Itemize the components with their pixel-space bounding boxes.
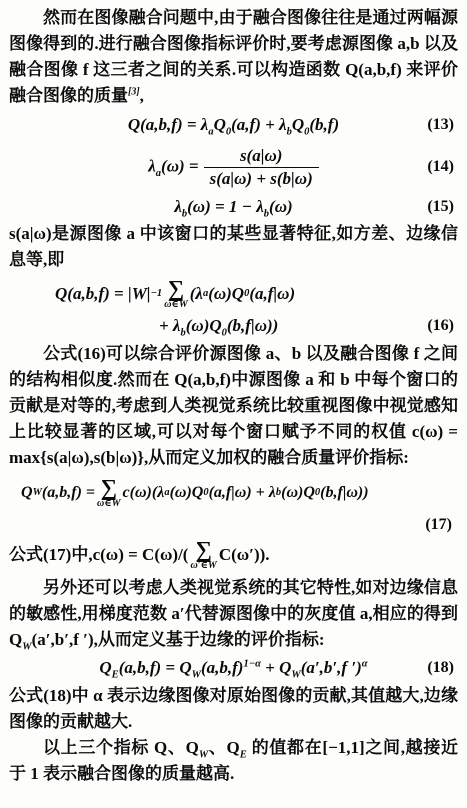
equation-16: Q(a,b,f) = |W|−1∑ω∈W(λa(ω)Q0(a,f|ω) + λb… [9,275,458,339]
math-text: λ [148,156,156,175]
equation-number: (17) [425,516,452,533]
paper-page: 然而在图像融合问题中,由于融合图像往往是通过两幅源图像得到的.进行融合图像指标评… [0,0,467,808]
math-sub: W [192,669,201,680]
paragraph-text: 、Q [208,738,240,757]
sum-limit: ω′∈W [190,561,216,571]
paragraph-text: , [140,86,144,105]
sigma-icon: ∑ [195,539,211,560]
equation-18: QE(a,b,f) = QW(a,b,f)1−α + QW(a′,b′,f ′)… [9,653,458,683]
fraction-numerator: s(a|ω) [204,146,319,167]
math-sub: W [199,749,208,760]
summation-symbol: ∑ω∈W [164,278,188,310]
math-sub: E [240,749,247,760]
equation-15: λb(ω) = 1 − λb(ω) (15) [9,193,458,221]
paragraph-alpha-contribution: 公式(18)中 α 表示边缘图像对原始图像的贡献,其值越大,边缘图像的贡献越大. [9,683,458,735]
paragraph-text: 然而在图像融合问题中,由于融合图像往往是通过两幅源图像得到的.进行融合图像指标评… [9,8,458,105]
equation-number: (15) [427,198,454,216]
sum-limit: ω∈W [97,499,121,509]
math-text: (b,f) [309,115,339,134]
paragraph-edge-sensitivity: 另外还可以考虑人类视觉系统的其它特性,如对边缘信息的敏感性,用梯度范数 a′代替… [9,575,458,653]
math-text: (ω)Q [281,484,315,502]
sum-limit: ω∈W [164,300,188,310]
sigma-icon: ∑ [101,477,117,498]
equation-body: QE(a,b,f) = QW(a,b,f)1−α + QW(a′,b′,f ′)… [99,658,367,678]
paragraph-text: 公式(17)中,c(ω) = C(ω)/( [9,542,188,568]
math-text: (ω) = 1 − λ [187,197,264,216]
paragraph-weighted-quality: 公式(16)可以综合评价源图像 a、b 以及融合图像 f 之间的结构相似度.然而… [9,341,458,471]
math-text: Q [214,115,226,134]
equation-13: Q(a,b,f) = λaQ0(a,f) + λbQ0(b,f) (13) [9,109,458,141]
math-text: (a,f|ω) + λ [209,484,276,502]
math-text: (ω) = [161,156,199,175]
math-text: (ω)Q [186,316,222,335]
equation-body: λa(ω) =s(a|ω)s(a|ω) + s(b|ω) [148,146,319,189]
math-sub: W [291,669,300,680]
equation-number-row: (17) [9,513,458,535]
paragraph-saliency: s(a|ω)是源图像 a 中该窗口的某些显著特征,如方差、边缘信息等,即 [9,221,458,273]
fraction: s(a|ω)s(a|ω) + s(b|ω) [204,146,319,189]
equation-body: + λb(ω)Q0(b,f|ω)) [159,316,278,336]
sigma-icon: ∑ [168,278,184,299]
math-text: (a,b,f) [201,658,243,677]
math-sup: α [362,658,368,669]
math-text: + λ [159,316,180,335]
equation-body: λb(ω) = 1 − λb(ω) [174,197,292,217]
math-text: (b,f|ω)) [320,484,368,502]
math-text: Q(a,b,f) = λ [128,115,209,134]
paragraph-text: 以上三个指标 Q、Q [43,738,199,757]
equation-number: (16) [427,317,454,335]
math-text: (a,f) + λ [231,115,286,134]
math-text: (a′,b′,f ′) [301,658,362,677]
math-text: λ [174,197,182,216]
paragraph-intro: 然而在图像融合问题中,由于融合图像往往是通过两幅源图像得到的.进行融合图像指标评… [9,5,458,109]
paragraph-text: C(ω′)). [219,542,270,568]
math-sup: 1−α [243,658,260,669]
math-text: (a,f|ω) [249,284,295,304]
paragraph-conclusion: 以上三个指标 Q、QW、QE 的值都在[−1,1]之间,越接近于 1 表示融合图… [9,735,458,787]
equation-number: (14) [427,158,454,176]
math-text: (b,f|ω)) [227,316,278,335]
fraction-denominator: s(a|ω) + s(b|ω) [204,167,319,189]
equation-body: QW(a,b,f) =∑ω∈Wc(ω)(λa(ω)Q0(a,f|ω) + λb(… [21,473,458,513]
math-text: (a,b,f) = [42,484,95,502]
math-text: Q [292,115,304,134]
math-text: c(ω)(λ [123,484,165,502]
math-sub: W [22,641,31,652]
math-text: (a,b,f) = Q [119,658,192,677]
math-text: Q [21,484,33,502]
paragraph-c-omega: 公式(17)中,c(ω) = C(ω)/(∑ω′∈WC(ω′)). [9,535,458,575]
math-text: Q [99,658,111,677]
equation-17: QW(a,b,f) =∑ω∈Wc(ω)(λa(ω)Q0(a,f|ω) + λb(… [9,473,458,535]
summation-symbol: ∑ω∈W [97,477,121,509]
math-text: (ω) [269,197,293,216]
math-text: (λ [190,284,203,304]
equation-line-1: Q(a,b,f) = |W|−1∑ω∈W(λa(ω)Q0(a,f|ω) [55,275,458,313]
equation-line-2: + λb(ω)Q0(b,f|ω)) (16) [9,313,458,339]
equation-body: Q(a,b,f) = λaQ0(a,f) + λbQ0(b,f) [128,115,339,135]
math-text: (ω)Q [208,284,244,304]
math-text: Q(a,b,f) = |W| [55,284,151,304]
equation-14: λa(ω) =s(a|ω)s(a|ω) + s(b|ω) (14) [9,141,458,193]
summation-symbol: ∑ω′∈W [190,539,216,571]
math-text: + Q [261,658,291,677]
math-text: (ω)Q [170,484,204,502]
citation-ref: [3] [128,86,140,97]
equation-number: (18) [427,659,454,677]
paragraph-text: (a′,b′,f ′),从而定义基于边缘的评价指标: [32,630,325,649]
equation-number: (13) [427,116,454,134]
math-sub: E [112,669,119,680]
